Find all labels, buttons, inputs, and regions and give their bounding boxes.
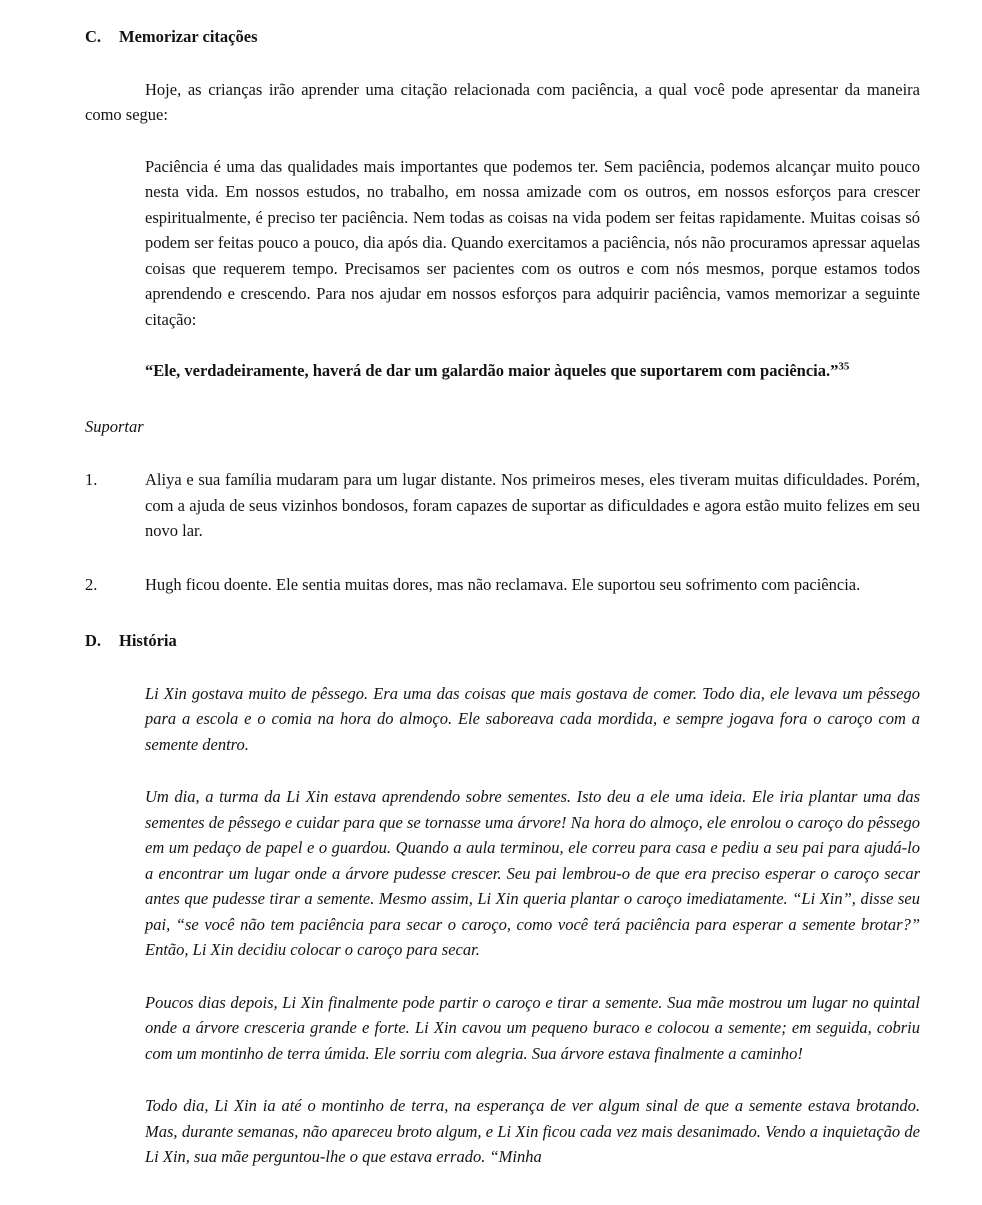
story-paragraph-3: Poucos dias depois, Li Xin finalmente po…: [145, 990, 920, 1067]
footnote-reference: 35: [838, 361, 849, 373]
section-c-presentation-paragraph: Paciência é uma das qualidades mais impo…: [145, 154, 920, 333]
section-c-intro-paragraph: Hoje, as crianças irão aprender uma cita…: [85, 77, 920, 128]
story-paragraph-4: Todo dia, Li Xin ia até o montinho de te…: [145, 1093, 920, 1170]
list-item-1-text: Aliya e sua família mudaram para um luga…: [145, 467, 920, 544]
list-item-2: 2. Hugh ficou doente. Ele sentia muitas …: [85, 572, 920, 598]
list-item-1: 1. Aliya e sua família mudaram para um l…: [85, 467, 920, 544]
suportar-subheading: Suportar: [85, 414, 920, 440]
memory-quote-text: “Ele, verdadeiramente, haverá de dar um …: [145, 361, 838, 380]
list-item-2-number: 2.: [85, 572, 145, 598]
story-paragraph-2: Um dia, a turma da Li Xin estava aprende…: [145, 784, 920, 963]
section-c-label: C.: [85, 24, 119, 50]
section-d-title: História: [119, 628, 177, 654]
document-page: C. Memorizar citações Hoje, as crianças …: [0, 0, 982, 1205]
section-d-heading: D. História: [85, 628, 920, 654]
memory-quote: “Ele, verdadeiramente, haverá de dar um …: [145, 358, 920, 384]
section-c-heading: C. Memorizar citações: [85, 24, 920, 50]
list-item-2-text: Hugh ficou doente. Ele sentia muitas dor…: [145, 572, 920, 598]
story-paragraph-1: Li Xin gostava muito de pêssego. Era uma…: [145, 681, 920, 758]
list-item-1-number: 1.: [85, 467, 145, 544]
section-d-label: D.: [85, 628, 119, 654]
section-c-title: Memorizar citações: [119, 24, 258, 50]
